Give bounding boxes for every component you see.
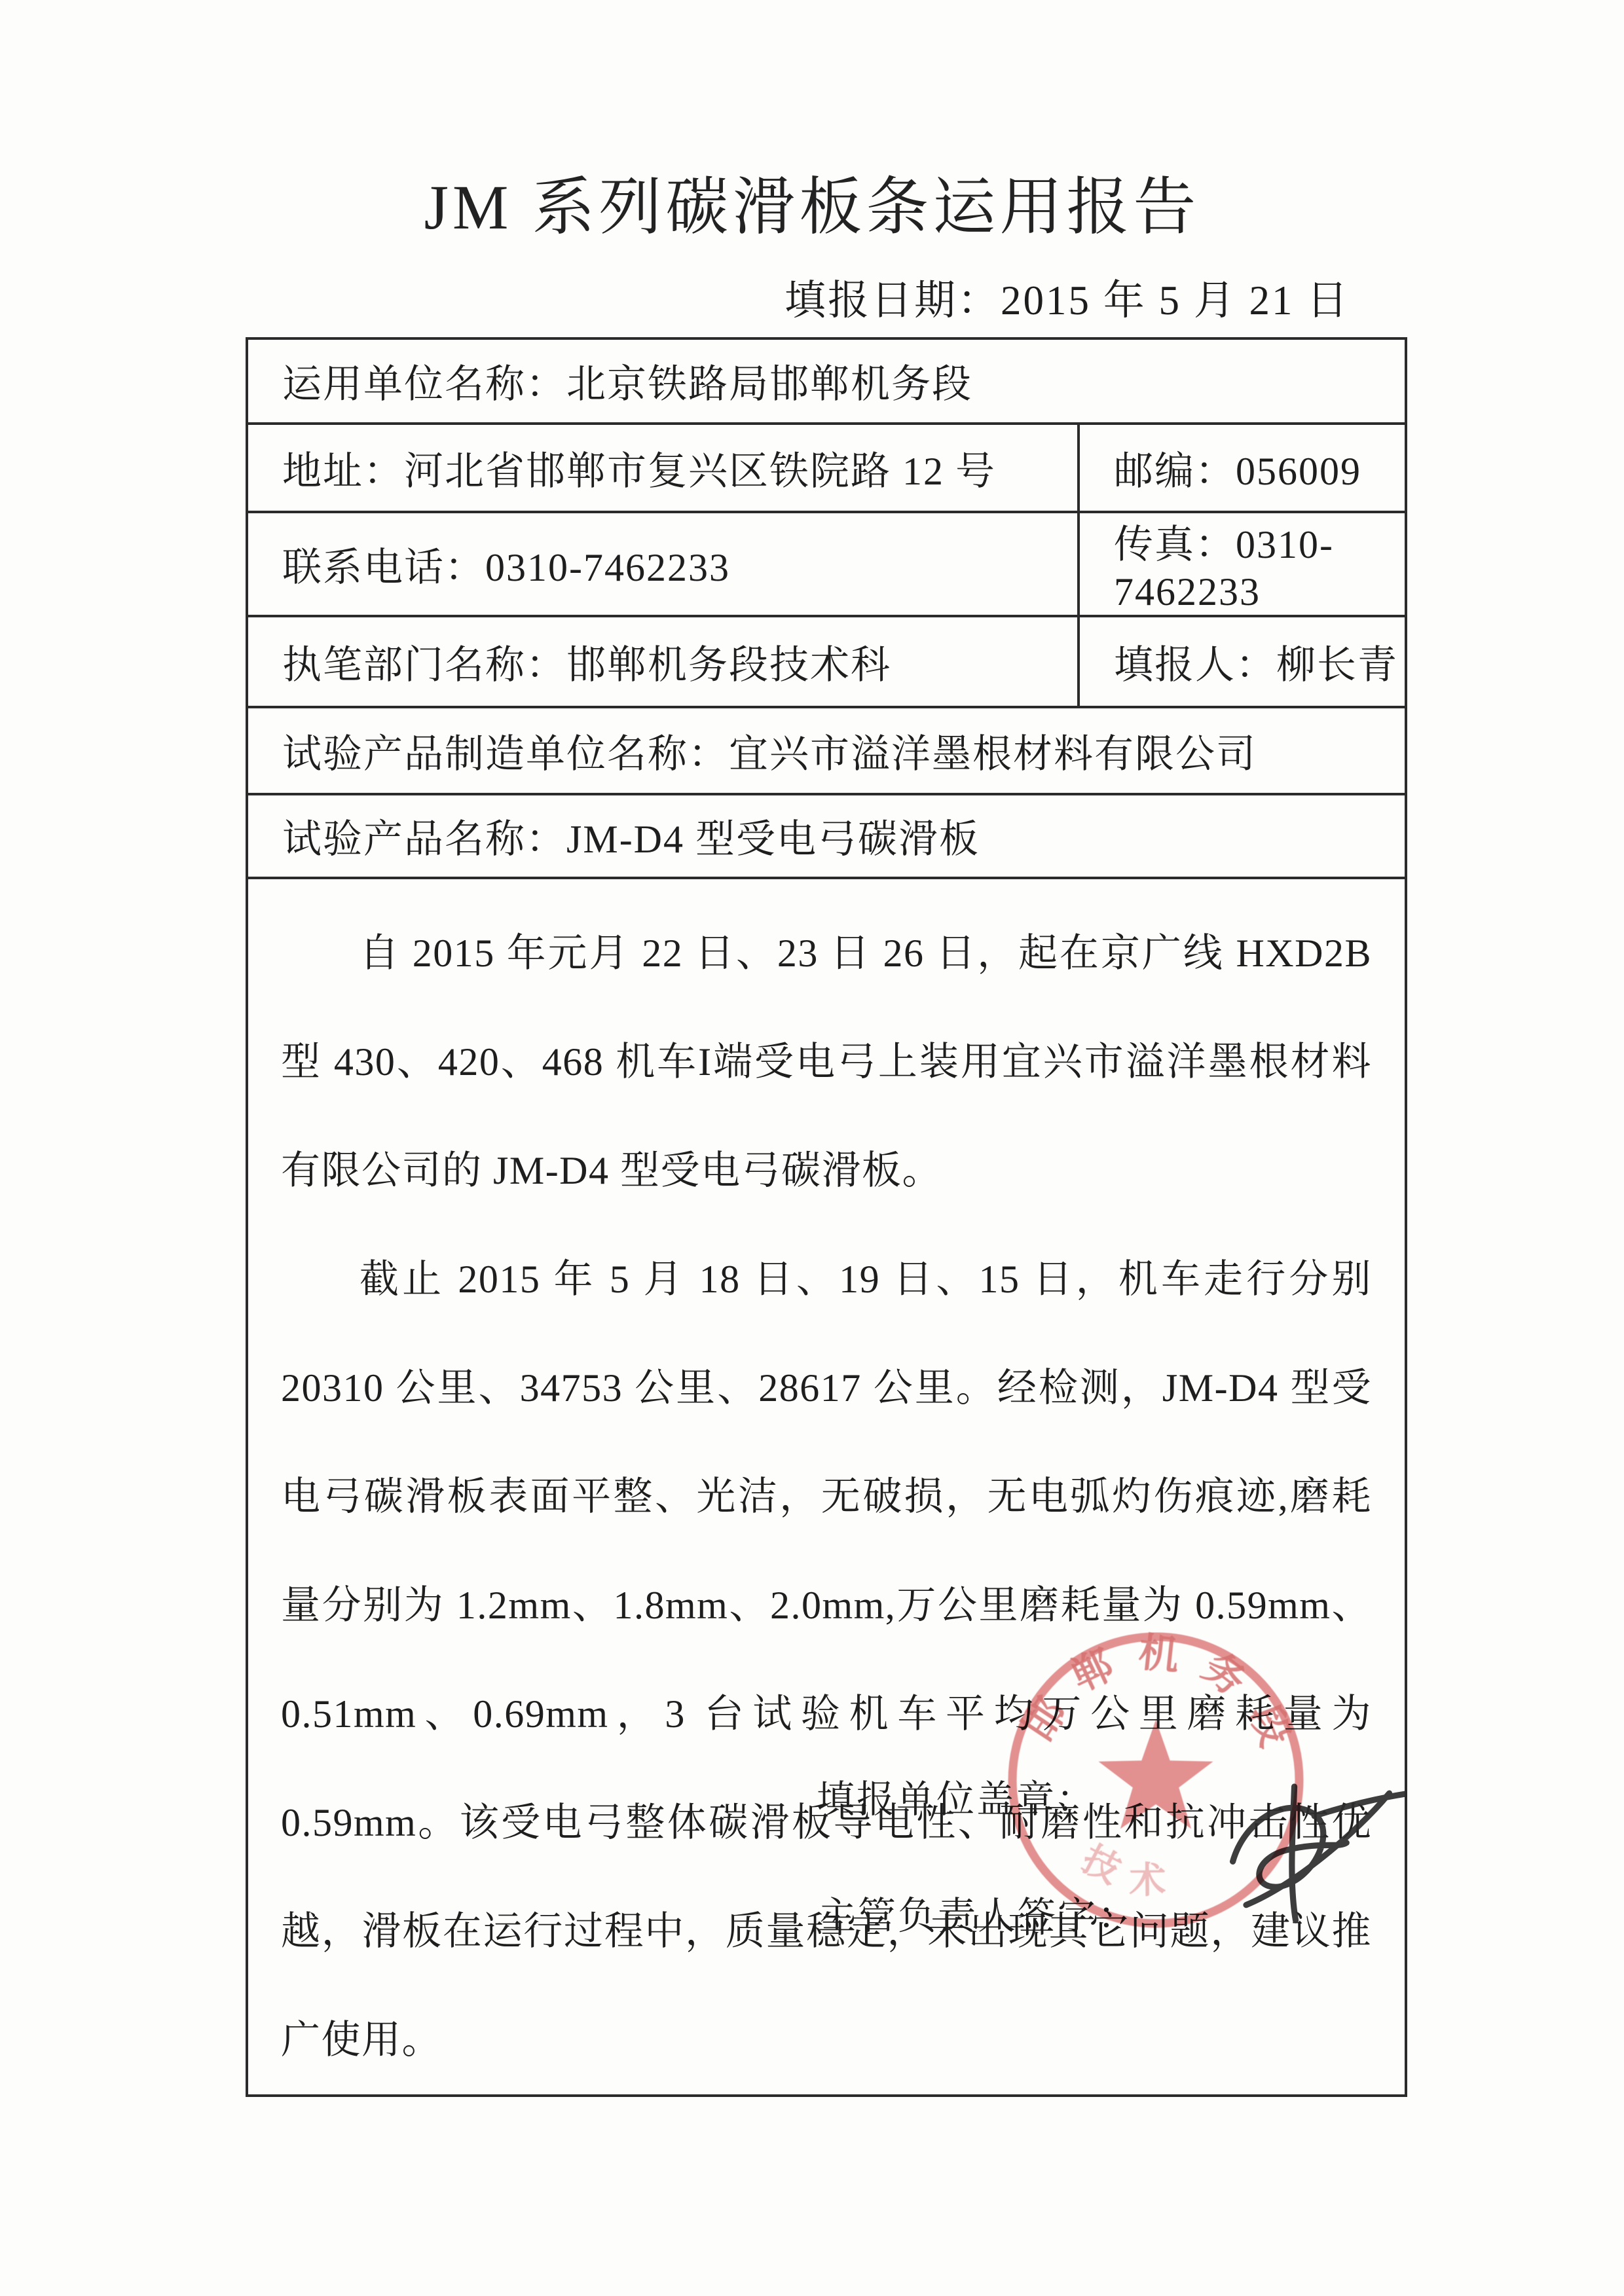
official-stamp: 邯郸机务段 技术 (1001, 1626, 1310, 1935)
field-fax: 传真：0310-7462233 (1079, 512, 1406, 616)
table-row: 联系电话：0310-7462233 传真：0310-7462233 (247, 512, 1406, 616)
stamp-star (1099, 1720, 1213, 1829)
table-row: 试验产品制造单位名称：宜兴市溢洋墨根材料有限公司 (247, 707, 1406, 794)
stamp-arc-text-bottom: 技术 (1075, 1839, 1184, 1902)
report-table: 运用单位名称：北京铁路局邯郸机务段 地址：河北省邯郸市复兴区铁院路 12 号 邮… (246, 337, 1407, 2097)
field-manufacturer: 试验产品制造单位名称：宜兴市溢洋墨根材料有限公司 (247, 707, 1406, 794)
document-page: JM 系列碳滑板条运用报告 填报日期：2015 年 5 月 21 日 运用单位名… (0, 0, 1624, 2296)
field-product-name: 试验产品名称：JM-D4 型受电弓碳滑板 (247, 794, 1406, 878)
table-row: 试验产品名称：JM-D4 型受电弓碳滑板 (247, 794, 1406, 878)
table-row: 自 2015 年元月 22 日、23 日 26 日，起在京广线 HXD2B 型 … (247, 878, 1406, 2096)
body-paragraph-1: 自 2015 年元月 22 日、23 日 26 日，起在京广线 HXD2B 型 … (281, 899, 1372, 1225)
official-stamp-graphic: 邯郸机务段 技术 (1001, 1626, 1310, 1935)
field-reporter: 填报人：柳长青 (1079, 616, 1406, 707)
field-writing-department: 执笔部门名称：邯郸机务段技术科 (247, 616, 1079, 707)
table-row: 执笔部门名称：邯郸机务段技术科 填报人：柳长青 (247, 616, 1406, 707)
signature-stroke (1314, 1789, 1406, 1937)
table-row: 运用单位名称：北京铁路局邯郸机务段 (247, 338, 1406, 424)
field-operating-unit: 运用单位名称：北京铁路局邯郸机务段 (247, 338, 1406, 424)
field-address: 地址：河北省邯郸市复兴区铁院路 12 号 (247, 424, 1079, 512)
table-row: 地址：河北省邯郸市复兴区铁院路 12 号 邮编：056009 (247, 424, 1406, 512)
field-phone: 联系电话：0310-7462233 (247, 512, 1079, 616)
page-title: JM 系列碳滑板条运用报告 (0, 157, 1624, 247)
svg-text:技术: 技术 (1075, 1839, 1184, 1902)
report-body-cell: 自 2015 年元月 22 日、23 日 26 日，起在京广线 HXD2B 型 … (247, 878, 1406, 2096)
field-postal-code: 邮编：056009 (1079, 424, 1406, 512)
report-date: 填报日期：2015 年 5 月 21 日 (784, 267, 1350, 327)
